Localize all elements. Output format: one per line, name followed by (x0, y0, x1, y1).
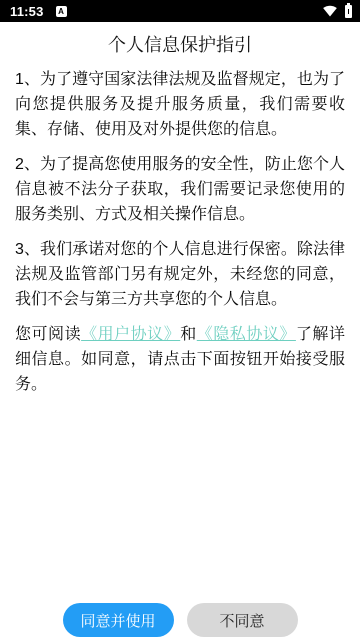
agreement-conjunction: 和 (180, 326, 197, 343)
page-title: 个人信息保护指引 (0, 33, 360, 57)
notice-paragraph-1: 1、为了遵守国家法律法规及监督规定，也为了向您提供服务及提升服务质量，我们需要收… (15, 67, 345, 142)
wifi-icon (323, 4, 337, 18)
battery-icon (345, 5, 352, 18)
agree-and-use-button[interactable]: 同意并使用 (63, 603, 174, 637)
privacy-agreement-link[interactable]: 《隐私协议》 (197, 326, 296, 343)
input-method-a-icon: A (56, 6, 67, 17)
notice-paragraph-2: 2、为了提高您使用服务的安全性，防止您个人信息被不法分子获取，我们需要记录您使用… (15, 152, 345, 227)
action-button-row: 同意并使用 不同意 (0, 603, 360, 637)
agreement-prefix: 您可阅读 (15, 326, 81, 343)
disagree-button[interactable]: 不同意 (187, 603, 298, 637)
notice-paragraph-3: 3、我们承诺对您的个人信息进行保密。除法律法规及监管部门另有规定外，未经您的同意… (15, 237, 345, 312)
status-bar: 11:53 A (0, 0, 360, 22)
agreement-line: 您可阅读《用户协议》和《隐私协议》了解详细信息。如同意，请点击下面按钮开始接受服… (15, 322, 345, 397)
user-agreement-link[interactable]: 《用户协议》 (81, 326, 180, 343)
privacy-notice-content: 1、为了遵守国家法律法规及监督规定，也为了向您提供服务及提升服务质量，我们需要收… (0, 67, 360, 397)
status-time: 11:53 (10, 4, 44, 19)
